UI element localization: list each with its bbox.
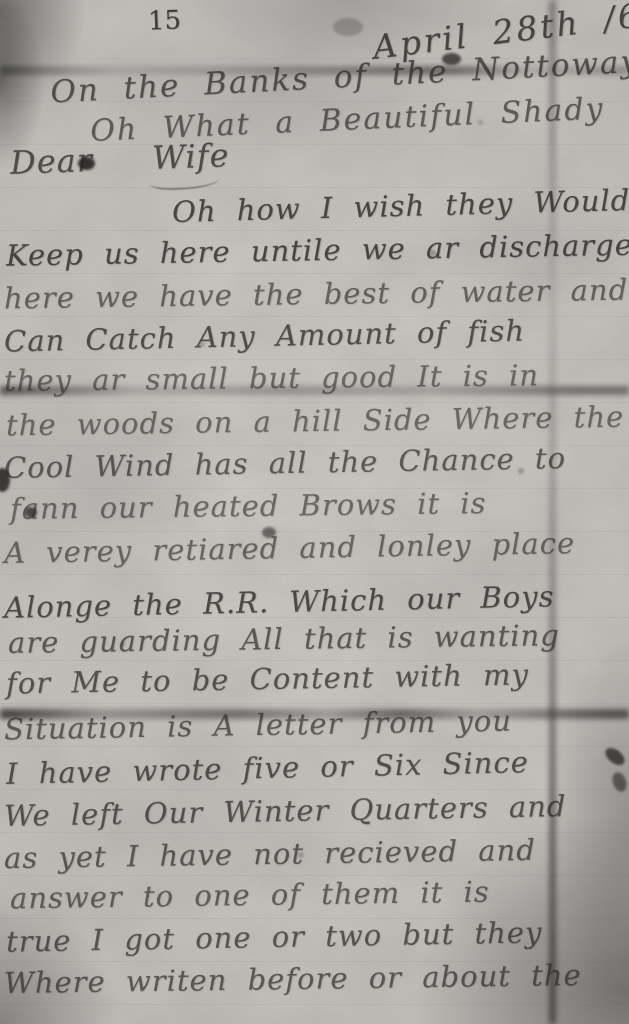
letter-line: Can Catch Any Amount of fish xyxy=(4,314,526,360)
letter-line: are guarding All that is wanting xyxy=(8,618,560,660)
letter-line: true I got one or two but they xyxy=(6,915,543,959)
letter-line: A verey retiared and lonley place xyxy=(4,526,576,571)
page-number: 15 xyxy=(147,5,181,37)
letter-line: here we have the best of water and xyxy=(4,273,629,317)
letter-scan-page: 15 April 28th /65 On the Banks of the No… xyxy=(0,0,629,1024)
letter-line: as yet I have not recieved and xyxy=(4,833,536,876)
letter-line: the woods on a hill Side Where the xyxy=(6,400,625,443)
smudge xyxy=(333,18,363,36)
vertical-fold-crease xyxy=(549,0,556,1024)
letter-line: Cool Wind has all the Chance to xyxy=(4,441,567,486)
ink-mark xyxy=(610,770,629,793)
letter-line: Keep us here untile we ar discharged xyxy=(6,227,629,273)
salutation: Dear Wife xyxy=(9,136,230,182)
letter-line: We left Our Winter Quarters and xyxy=(4,789,567,834)
ink-mark xyxy=(602,745,627,769)
letter-line: fann our heated Brows it is xyxy=(10,486,487,527)
letter-line: they ar small but good It is in xyxy=(4,358,539,398)
letter-line: for Me to be Content with my xyxy=(6,657,529,701)
letter-line: Situation is A letter from you xyxy=(4,704,512,748)
letter-line: Oh how I wish they Would xyxy=(172,183,629,230)
letter-line: I have wrote five or Six Since xyxy=(6,745,529,792)
letter-line: answer to one of them it is xyxy=(10,875,490,916)
letter-line: Where writen before or about the xyxy=(4,958,582,1001)
